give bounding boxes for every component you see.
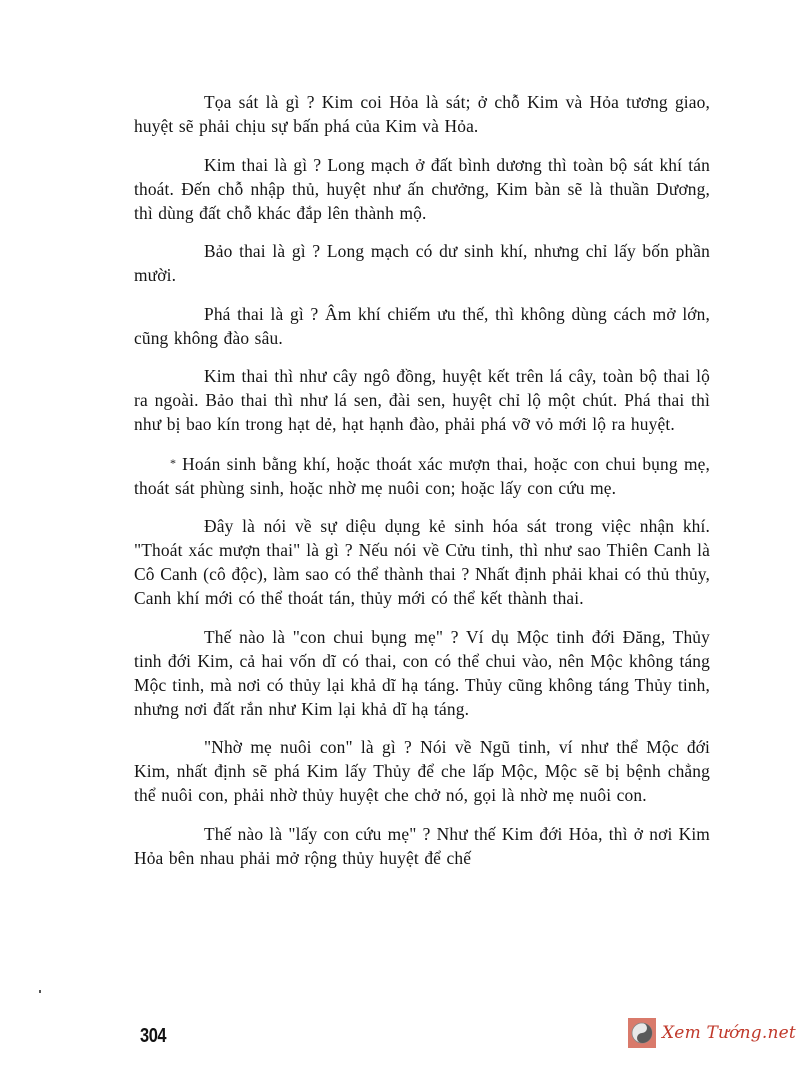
paragraph-kim-thai: Kim thai là gì ? Long mạch ở đất bình dư…	[134, 153, 710, 225]
yin-yang-icon	[628, 1018, 656, 1048]
paragraph-bullet-hoan-sinh: *Hoán sinh bằng khí, hoặc thoát xác mượn…	[134, 451, 710, 500]
page-number: 304	[140, 1025, 166, 1048]
paragraph-thai-comparison: Kim thai thì như cây ngô đồng, huyệt kết…	[134, 364, 710, 436]
bullet-asterisk-icon: *	[170, 456, 176, 470]
paragraph-bao-thai: Bảo thai là gì ? Long mạch có dư sinh kh…	[134, 239, 710, 287]
page-body: Tọa sát là gì ? Kim coi Hỏa là sát; ở ch…	[134, 90, 710, 884]
paragraph-nho-me-nuoi-con: "Nhờ mẹ nuôi con" là gì ? Nói về Ngũ tin…	[134, 735, 710, 807]
paragraph-thoat-xac: Đây là nói về sự diệu dụng kẻ sinh hóa s…	[134, 514, 710, 610]
bullet-text: Hoán sinh bằng khí, hoặc thoát xác mượn …	[134, 454, 710, 498]
paragraph-con-chui-bung-me: Thế nào là "con chui bụng mẹ" ? Ví dụ Mộ…	[134, 625, 710, 721]
paragraph-pha-thai: Phá thai là gì ? Âm khí chiếm ưu thế, th…	[134, 302, 710, 350]
scan-artifact-dot	[39, 990, 41, 993]
paragraph-lay-con-cuu-me: Thế nào là "lấy con cứu mẹ" ? Như thế Ki…	[134, 822, 710, 870]
watermark-logo: Xem Tướng.net	[628, 1018, 796, 1048]
paragraph-toa-sat: Tọa sát là gì ? Kim coi Hỏa là sát; ở ch…	[134, 90, 710, 138]
watermark-text: Xem Tướng.net	[662, 1023, 796, 1043]
